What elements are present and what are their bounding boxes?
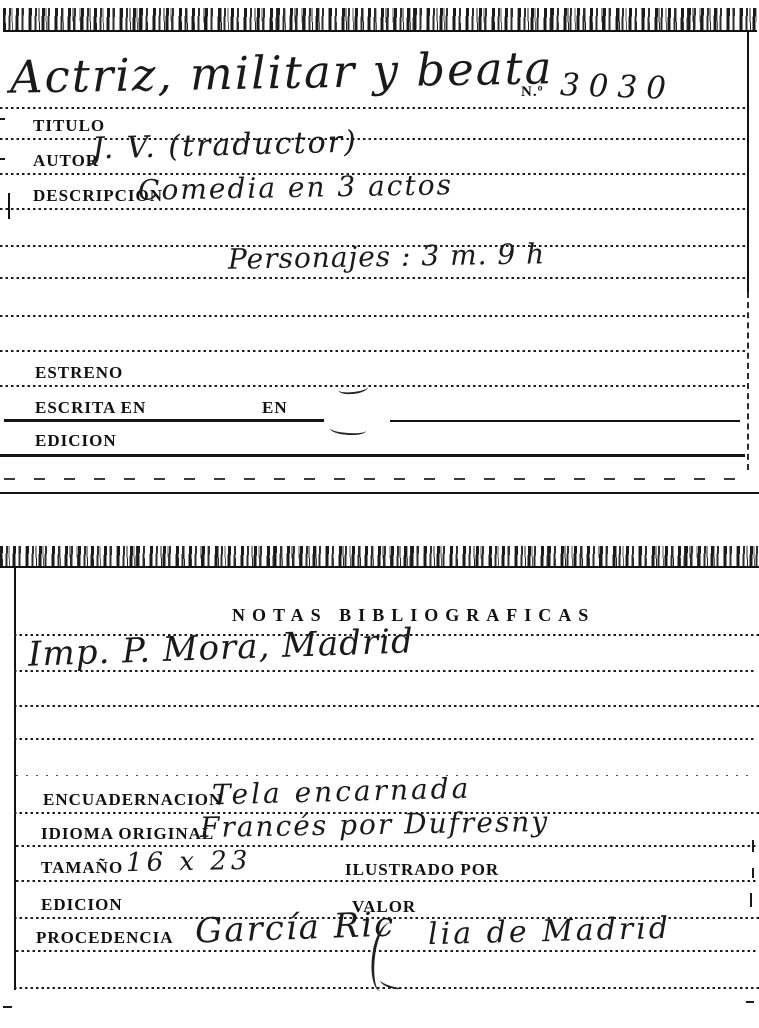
descripcion-value-handwritten: Comedia en 3 actos xyxy=(138,171,453,204)
card2-top-edge xyxy=(0,546,759,568)
ruled-line xyxy=(0,385,745,387)
field-label-ilustrado-por: ILUSTRADO POR xyxy=(345,860,499,880)
dashed-line xyxy=(4,478,744,480)
ruled-line xyxy=(0,454,745,457)
procedencia-value-right-handwritten: lia de Madrid xyxy=(428,914,672,950)
left-margin-mark xyxy=(8,193,10,219)
left-tick xyxy=(0,118,5,120)
personajes-handwritten: Personajes : 3 m. 9 h xyxy=(228,240,546,274)
ruled-line xyxy=(0,315,745,317)
card1-number-prefix: N.º xyxy=(521,84,544,101)
idioma-value-handwritten: Francés por Dufresny xyxy=(200,808,550,842)
card1-number-value: 3030 xyxy=(559,70,675,105)
field-label-autor: AUTOR xyxy=(33,151,99,171)
autor-value-handwritten: J. V. (traductor) xyxy=(92,128,358,165)
ruled-line xyxy=(16,880,756,882)
edge-mark xyxy=(752,868,754,878)
field-label-edicion: EDICION xyxy=(35,431,117,451)
pen-mark xyxy=(338,381,369,395)
ruled-line xyxy=(14,738,754,740)
field-label-estreno: ESTRENO xyxy=(35,363,123,383)
procedencia-value-left-handwritten: García Ric xyxy=(194,908,395,949)
ruled-line xyxy=(16,845,756,847)
field-label-edicion2: EDICION xyxy=(41,895,123,915)
field-label-en: EN xyxy=(262,398,288,418)
edge-mark xyxy=(752,840,754,852)
left-tick xyxy=(0,158,5,160)
encuadernacion-value-handwritten: Tela encarnada xyxy=(212,775,472,810)
ruled-line xyxy=(0,277,745,279)
pen-mark xyxy=(330,423,367,436)
card2-header: NOTAS BIBLIOGRAFICAS xyxy=(232,605,595,626)
field-label-tamano: TAMAÑO xyxy=(41,858,123,878)
ruled-line xyxy=(0,208,745,210)
edge-mark xyxy=(750,893,752,907)
notas-value-handwritten: Imp. P. Mora, Madrid xyxy=(28,624,415,671)
tamano-value-handwritten: 16 x 23 xyxy=(126,848,252,876)
ruled-line xyxy=(0,107,745,109)
field-label-escrita-en: ESCRITA EN xyxy=(35,398,146,418)
card1-top-edge xyxy=(3,8,757,32)
card1-right-border xyxy=(747,32,749,292)
field-label-encuadernacion: ENCUADERNACION xyxy=(43,790,222,810)
ruled-line-segment xyxy=(390,420,740,422)
card1-title-handwritten: Actriz, militar y beata xyxy=(10,45,554,99)
card2-left-border xyxy=(14,566,16,990)
edge-mark xyxy=(746,1001,754,1003)
card1-bottom-edge xyxy=(0,492,759,494)
ruled-line-segment xyxy=(4,419,324,422)
field-label-procedencia: PROCEDENCIA xyxy=(36,928,174,948)
ruled-line xyxy=(0,350,745,352)
ruled-line xyxy=(14,705,759,707)
field-label-idioma-original: IDIOMA ORIGINAL xyxy=(41,824,214,844)
edge-mark xyxy=(3,1006,12,1008)
card1-right-border-dashed xyxy=(747,292,749,470)
catalog-card-scan: Actriz, militar y beata N.º 3030 TITULO … xyxy=(0,0,759,1028)
